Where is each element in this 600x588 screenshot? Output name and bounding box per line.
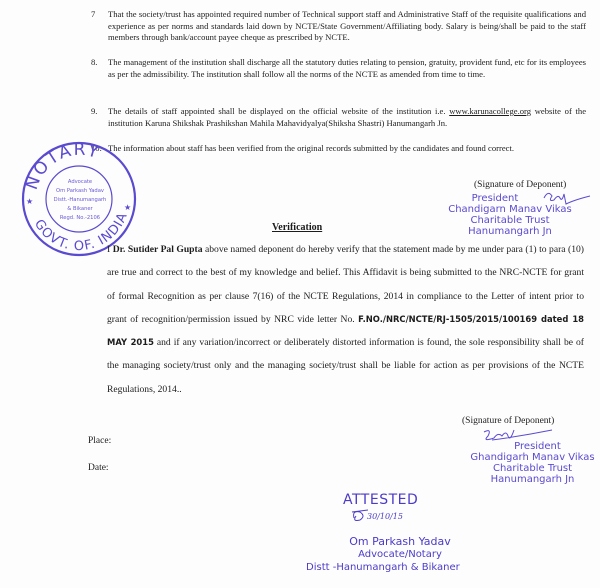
clause-number: 7 [91, 9, 95, 21]
stamp-line: Ghandigarh Manav Vikas [465, 452, 600, 463]
clause-text: The information about staff has been ver… [108, 143, 586, 155]
verification-paragraph: I Dr. Sutider Pal Gupta above named depo… [107, 238, 584, 401]
clause-text: The management of the institution shall … [108, 57, 586, 80]
notary-signature-icon [350, 508, 370, 524]
date-label: Date: [88, 463, 109, 473]
svg-text:Advocate: Advocate [68, 179, 92, 185]
clause-text-part: The details of staff appointed shall be … [108, 106, 449, 116]
clause-text: The details of staff appointed shall be … [108, 106, 586, 129]
stamp-line: Charitable Trust [430, 215, 590, 226]
stamp-line: Charitable Trust [465, 463, 600, 474]
clause-number: 9. [91, 106, 97, 118]
clause-number: 8. [91, 57, 97, 69]
affidavit-page: 7 That the society/trust has appointed r… [0, 0, 600, 588]
svg-text:Regd. No.-2106: Regd. No.-2106 [60, 215, 100, 221]
stamp-line: President [465, 441, 600, 452]
notary-line: Om Parkash Yadav [300, 535, 500, 548]
svg-text:★: ★ [124, 203, 131, 212]
attested-date: 30/10/15 [367, 512, 403, 521]
place-label: Place: [88, 436, 111, 446]
notary-line: Advocate/Notary [300, 548, 500, 561]
deponent-stamp-2: President Ghandigarh Manav Vikas Charita… [465, 441, 600, 485]
notary-stamp: Om Parkash Yadav Advocate/Notary Distt -… [300, 535, 500, 574]
stamp-line: Hanumangarh Jn [465, 474, 600, 485]
svg-text:Om Parkash Yadav: Om Parkash Yadav [56, 188, 104, 194]
verification-heading: Verification [272, 222, 322, 233]
svg-text:Distt.-Hanumangarh: Distt.-Hanumangarh [54, 197, 107, 203]
svg-text:★: ★ [26, 197, 33, 206]
attested-label: ATTESTED [343, 492, 418, 508]
website-link[interactable]: www.karunacollege.org [449, 106, 531, 116]
signature-caption: (Signature of Deponent) [462, 416, 554, 426]
notary-line: Distt -Hanumangarh & Bikaner [300, 561, 500, 574]
stamp-line: Hanumangarh Jn [430, 226, 590, 237]
deponent-name: Dr. Sutider Pal Gupta [113, 244, 203, 255]
svg-text:& Bikaner: & Bikaner [67, 206, 93, 212]
signature-icon [542, 188, 592, 206]
clause-text: That the society/trust has appointed req… [108, 9, 586, 44]
